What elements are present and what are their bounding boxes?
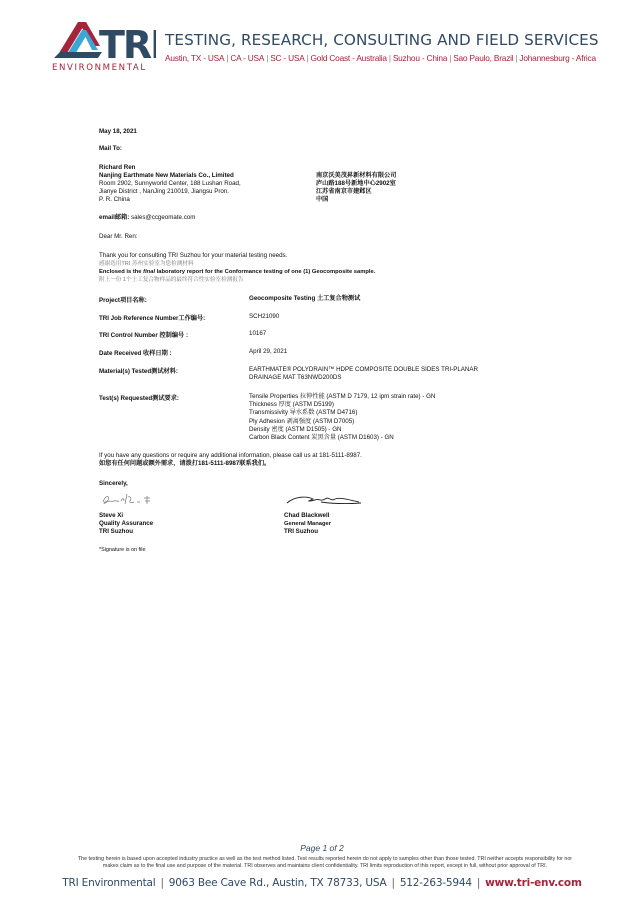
- field-value-control-number: 10167: [249, 330, 266, 338]
- footer-phone: 512-263-5944: [400, 877, 472, 889]
- letter-date: May 18, 2021: [99, 128, 137, 136]
- svg-text:TRI: TRI: [99, 23, 156, 62]
- salutation: Dear Mr. Ren:: [99, 233, 138, 241]
- recipient-country: P. R. China: [99, 196, 130, 204]
- closing: Sincerely,: [99, 480, 128, 488]
- location-item: Austin, TX - USA: [165, 53, 224, 63]
- email-label: email邮箱:: [99, 214, 129, 221]
- page-number: Page 1 of 2: [0, 843, 644, 853]
- test-item: Density 密度 (ASTM D1505) - GN: [249, 426, 435, 434]
- disclaimer: The testing herein is based upon accepte…: [40, 856, 610, 870]
- contact-cn: 如您有任何问题或额外需求，请拨打181-5111-8987联系我们。: [99, 460, 270, 468]
- test-item: Transmissivity 导水系数 (ASTM D4716): [249, 409, 435, 417]
- field-label-job-ref: TRI Job Reference Number工作编号:: [99, 313, 205, 322]
- test-item: Ply Adhesion 剥离强度 (ASTM D7005): [249, 418, 435, 426]
- signature-steve-xi-icon: [100, 490, 160, 508]
- recipient-country-cn: 中国: [316, 196, 328, 204]
- field-value-project: Geocomposite Testing 土工复合物测试: [249, 295, 360, 303]
- signature-note: *Signature is on file: [99, 546, 145, 554]
- mail-to-label: Mail To:: [99, 145, 122, 153]
- field-label-tests: Test(s) Requested测试要求:: [99, 393, 179, 402]
- field-label-project: Project项目名称:: [99, 295, 147, 304]
- tri-logo: TRI ENVIRONMENTAL: [52, 18, 156, 74]
- signature-chad-blackwell-icon: [285, 493, 365, 507]
- logo-subtext: ENVIRONMENTAL: [52, 63, 147, 73]
- field-label-control-number: TRI Control Number 控制编号 :: [99, 330, 188, 339]
- footer-website-link[interactable]: www.tri-env.com: [485, 877, 582, 889]
- email-line: email邮箱: sales@ccgeomate.com: [99, 214, 195, 222]
- signer2-org: TRI Suzhou: [284, 528, 318, 536]
- tests-list: Tensile Properties 拉伸性能 (ASTM D 7179, 12…: [249, 393, 435, 442]
- email-address[interactable]: sales@ccgeomate.com: [131, 214, 195, 221]
- field-value-date-received: April 29, 2021: [249, 348, 287, 356]
- location-item: Johannesburg - Africa: [519, 53, 596, 63]
- footer-company: TRI Environmental: [62, 877, 155, 889]
- company-tagline: TESTING, RESEARCH, CONSULTING AND FIELD …: [165, 31, 599, 49]
- location-item: SC - USA: [270, 53, 304, 63]
- letterhead: TRI ENVIRONMENTAL TESTING, RESEARCH, CON…: [0, 0, 644, 90]
- test-item: Carbon Black Content 炭黑含量 (ASTM D1603) -…: [249, 434, 435, 442]
- locations-list: Austin, TX - USA|CA - USA|SC - USA|Gold …: [165, 53, 596, 63]
- field-value-job-ref: SCH21090: [249, 313, 279, 321]
- field-value-materials: EARTHMATE® POLYDRAIN™ HDPE COMPOSITE DOU…: [249, 366, 478, 382]
- location-item: Gold Coast - Australia: [311, 53, 387, 63]
- triangle-logo-icon: TRI: [52, 18, 156, 62]
- location-item: Sao Paulo, Brazil: [453, 53, 513, 63]
- test-item: Tensile Properties 拉伸性能 (ASTM D 7179, 12…: [249, 393, 435, 401]
- field-label-date-received: Date Received 收样日期 :: [99, 348, 172, 357]
- location-item: CA - USA: [230, 53, 264, 63]
- enclosed-final: final: [143, 269, 155, 275]
- footer-contact: TRI Environmental|9063 Bee Cave Rd., Aus…: [0, 877, 644, 889]
- field-label-materials: Material(s) Tested测试材料:: [99, 366, 178, 375]
- signer1-org: TRI Suzhou: [99, 528, 133, 536]
- enclosed-cn: 附上一份 1个土工复合物样品的最终符合性实验室检测报告: [99, 276, 244, 284]
- footer-address: 9063 Bee Cave Rd., Austin, TX 78733, USA: [169, 877, 387, 889]
- location-item: Suzhou - China: [393, 53, 447, 63]
